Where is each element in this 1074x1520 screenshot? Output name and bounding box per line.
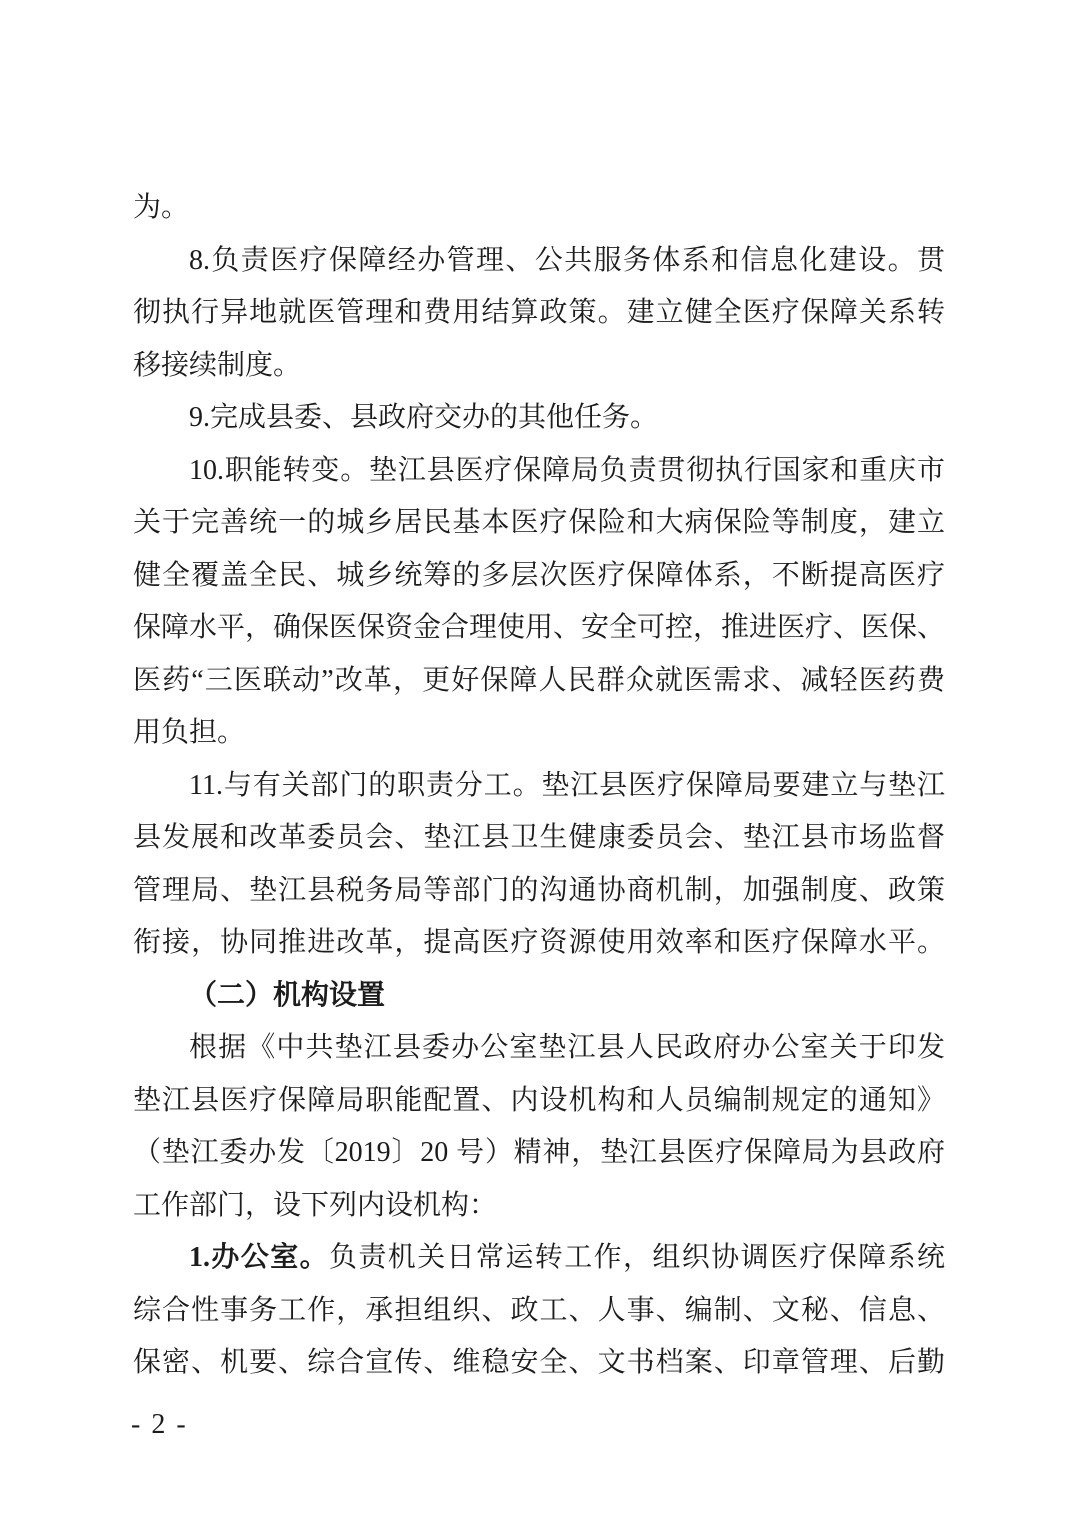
text-segment: 11.与有关部门的职责分工。垫江县医疗保障局要建立与垫江	[189, 770, 945, 801]
document-body: 为。8.负责医疗保障经办管理、公共服务体系和信息化建设。贯彻执行异地就医管理和费…	[133, 182, 945, 1390]
text-line: 为。	[133, 182, 945, 235]
text-segment: 根据《中共垫江县委办公室垫江县人民政府办公室关于印发	[189, 1032, 945, 1063]
text-line: 1.办公室。负责机关日常运转工作，组织协调医疗保障系统	[133, 1232, 945, 1285]
text-segment: 负责机关日常运转工作，组织协调医疗保障系统	[329, 1242, 945, 1273]
text-line: 医药“三医联动”改革，更好保障人民群众就医需求、减轻医药费	[133, 655, 945, 708]
text-segment: 综合性事务工作，承担组织、政工、人事、编制、文秘、信息、	[133, 1295, 945, 1326]
text-line: 8.负责医疗保障经办管理、公共服务体系和信息化建设。贯	[133, 235, 945, 288]
document-page: 为。8.负责医疗保障经办管理、公共服务体系和信息化建设。贯彻执行异地就医管理和费…	[0, 0, 1074, 1520]
text-segment: 移接续制度。	[133, 350, 301, 381]
text-segment: 10.职能转变。垫江县医疗保障局负责贯彻执行国家和重庆市	[189, 455, 945, 486]
text-line: 关于完善统一的城乡居民基本医疗保险和大病保险等制度，建立	[133, 497, 945, 550]
page-footer: - 2 -	[131, 1405, 188, 1445]
page-number: - 2 -	[131, 1409, 188, 1440]
text-segment: 9.完成县委、县政府交办的其他任务。	[189, 402, 658, 433]
text-line: 彻执行异地就医管理和费用结算政策。建立健全医疗保障关系转	[133, 287, 945, 340]
bold-text-segment: （二）机构设置	[189, 980, 385, 1011]
text-segment: 工作部门，设下列内设机构：	[133, 1190, 497, 1221]
text-line: 综合性事务工作，承担组织、政工、人事、编制、文秘、信息、	[133, 1285, 945, 1338]
text-line: 保障水平，确保医保资金合理使用、安全可控，推进医疗、医保、	[133, 602, 945, 655]
bold-text-segment: 1.办公室。	[189, 1242, 329, 1273]
text-segment: 管理局、垫江县税务局等部门的沟通协商机制，加强制度、政策	[133, 875, 945, 906]
text-line: （二）机构设置	[133, 970, 945, 1023]
text-line: 县发展和改革委员会、垫江县卫生健康委员会、垫江县市场监督	[133, 812, 945, 865]
text-segment: 医药“三医联动”改革，更好保障人民群众就医需求、减轻医药费	[133, 665, 945, 696]
text-line: 管理局、垫江县税务局等部门的沟通协商机制，加强制度、政策	[133, 865, 945, 918]
text-segment: 垫江县医疗保障局职能配置、内设机构和人员编制规定的通知》	[133, 1085, 945, 1116]
text-segment: 为。	[133, 192, 189, 223]
text-segment: （垫江委办发〔2019〕20 号）精神，垫江县医疗保障局为县政府	[133, 1137, 945, 1168]
text-segment: 衔接，协同推进改革，提高医疗资源使用效率和医疗保障水平。	[133, 927, 945, 958]
text-segment: 健全覆盖全民、城乡统筹的多层次医疗保障体系，不断提高医疗	[133, 560, 945, 591]
text-line: 保密、机要、综合宣传、维稳安全、文书档案、印章管理、后勤	[133, 1337, 945, 1390]
text-segment: 8.负责医疗保障经办管理、公共服务体系和信息化建设。贯	[189, 245, 945, 276]
text-line: 用负担。	[133, 707, 945, 760]
text-line: （垫江委办发〔2019〕20 号）精神，垫江县医疗保障局为县政府	[133, 1127, 945, 1180]
text-segment: 保密、机要、综合宣传、维稳安全、文书档案、印章管理、后勤	[133, 1347, 945, 1378]
text-line: 健全覆盖全民、城乡统筹的多层次医疗保障体系，不断提高医疗	[133, 550, 945, 603]
text-segment: 用负担。	[133, 717, 245, 748]
text-line: 9.完成县委、县政府交办的其他任务。	[133, 392, 945, 445]
text-line: 11.与有关部门的职责分工。垫江县医疗保障局要建立与垫江	[133, 760, 945, 813]
text-line: 衔接，协同推进改革，提高医疗资源使用效率和医疗保障水平。	[133, 917, 945, 970]
text-line: 垫江县医疗保障局职能配置、内设机构和人员编制规定的通知》	[133, 1075, 945, 1128]
text-line: 移接续制度。	[133, 340, 945, 393]
text-segment: 关于完善统一的城乡居民基本医疗保险和大病保险等制度，建立	[133, 507, 945, 538]
text-line: 10.职能转变。垫江县医疗保障局负责贯彻执行国家和重庆市	[133, 445, 945, 498]
text-segment: 保障水平，确保医保资金合理使用、安全可控，推进医疗、医保、	[133, 612, 945, 643]
text-line: 工作部门，设下列内设机构：	[133, 1180, 945, 1233]
text-segment: 县发展和改革委员会、垫江县卫生健康委员会、垫江县市场监督	[133, 822, 945, 853]
text-segment: 彻执行异地就医管理和费用结算政策。建立健全医疗保障关系转	[133, 297, 945, 328]
text-line: 根据《中共垫江县委办公室垫江县人民政府办公室关于印发	[133, 1022, 945, 1075]
